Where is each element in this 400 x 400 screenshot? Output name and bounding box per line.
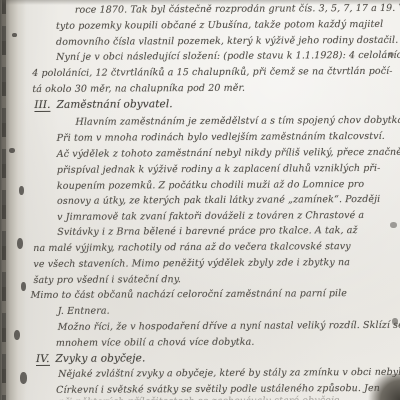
- handwritten-line: Možno říci, že v hospodaření dříve a nyn…: [58, 320, 400, 333]
- handwritten-line: Nějaké zvláštní zvyky a obyčeje, které b…: [58, 367, 400, 380]
- handwritten-line: ve všech staveních. Mimo peněžitý výděle…: [33, 257, 350, 270]
- handwritten-line: při některých příležitostech se zachováv…: [58, 395, 339, 400]
- scanned-page: roce 1870. Tak byl částečně rozprodán gr…: [0, 0, 400, 400]
- handwritten-line: koupením pozemků. Z počátku chodili muži…: [57, 179, 364, 192]
- handwritten-line: na malé výjimky, rachotily od rána až do…: [33, 241, 350, 254]
- handwritten-line: J. Entnera.: [58, 306, 110, 317]
- section-numeral: III.: [34, 99, 50, 112]
- section-heading: III.Zaměstnání obyvatel.: [34, 98, 172, 111]
- handwritten-line: osnovy a útky, ze kterých pak tkali látk…: [57, 194, 380, 207]
- handwritten-line: tá okolo 30 měr, na chalupníka pod 20 mě…: [32, 83, 245, 95]
- section-numeral: IV.: [36, 353, 50, 366]
- handwritten-line: Mimo to část občanů nachází celoroční za…: [31, 288, 347, 301]
- section-heading: IV.Zvyky a obyčeje.: [36, 352, 145, 365]
- handwritten-line: tyto pozemky koupili občané z Ubušína, t…: [56, 19, 383, 32]
- handwritten-line: 4 pololáníci, 12 čtvrtláníků a 15 chalup…: [32, 66, 392, 79]
- handwritten-line: Ač výdělek z tohoto zaměstnání nebyl nik…: [57, 147, 400, 160]
- handwritten-line: Svitávky i z Brna bělené i barevné práce…: [57, 225, 357, 238]
- handwritten-line: Při tom v mnoha rodinách bylo vedlejším …: [57, 131, 385, 144]
- handwritten-text-layer: roce 1870. Tak byl částečně rozprodán gr…: [0, 0, 400, 400]
- handwritten-line: šaty pro všední i sváteční dny.: [33, 274, 181, 286]
- handwritten-line: Hlavním zaměstnáním je zemědělství a s t…: [75, 115, 400, 128]
- section-title: Zaměstnání obyvatel.: [57, 98, 173, 111]
- handwritten-line: domovního čísla vlastnil pozemek, který …: [56, 35, 398, 48]
- handwritten-line: Nyní je v obci následující složení: (pod…: [56, 50, 400, 63]
- handwritten-line: roce 1870. Tak byl částečně rozprodán gr…: [75, 3, 400, 16]
- handwritten-line: v Jimramově tak zvaní faktoři dováželi z…: [57, 210, 364, 223]
- handwritten-line: mnohem více obilí a chová více dobytka.: [56, 337, 255, 349]
- section-title: Zvyky a obyčeje.: [55, 352, 145, 365]
- handwritten-line: Církevní i světské svátky se světily pod…: [56, 383, 380, 396]
- handwritten-line: přispíval jednak k výživě rodiny a k zap…: [57, 163, 381, 176]
